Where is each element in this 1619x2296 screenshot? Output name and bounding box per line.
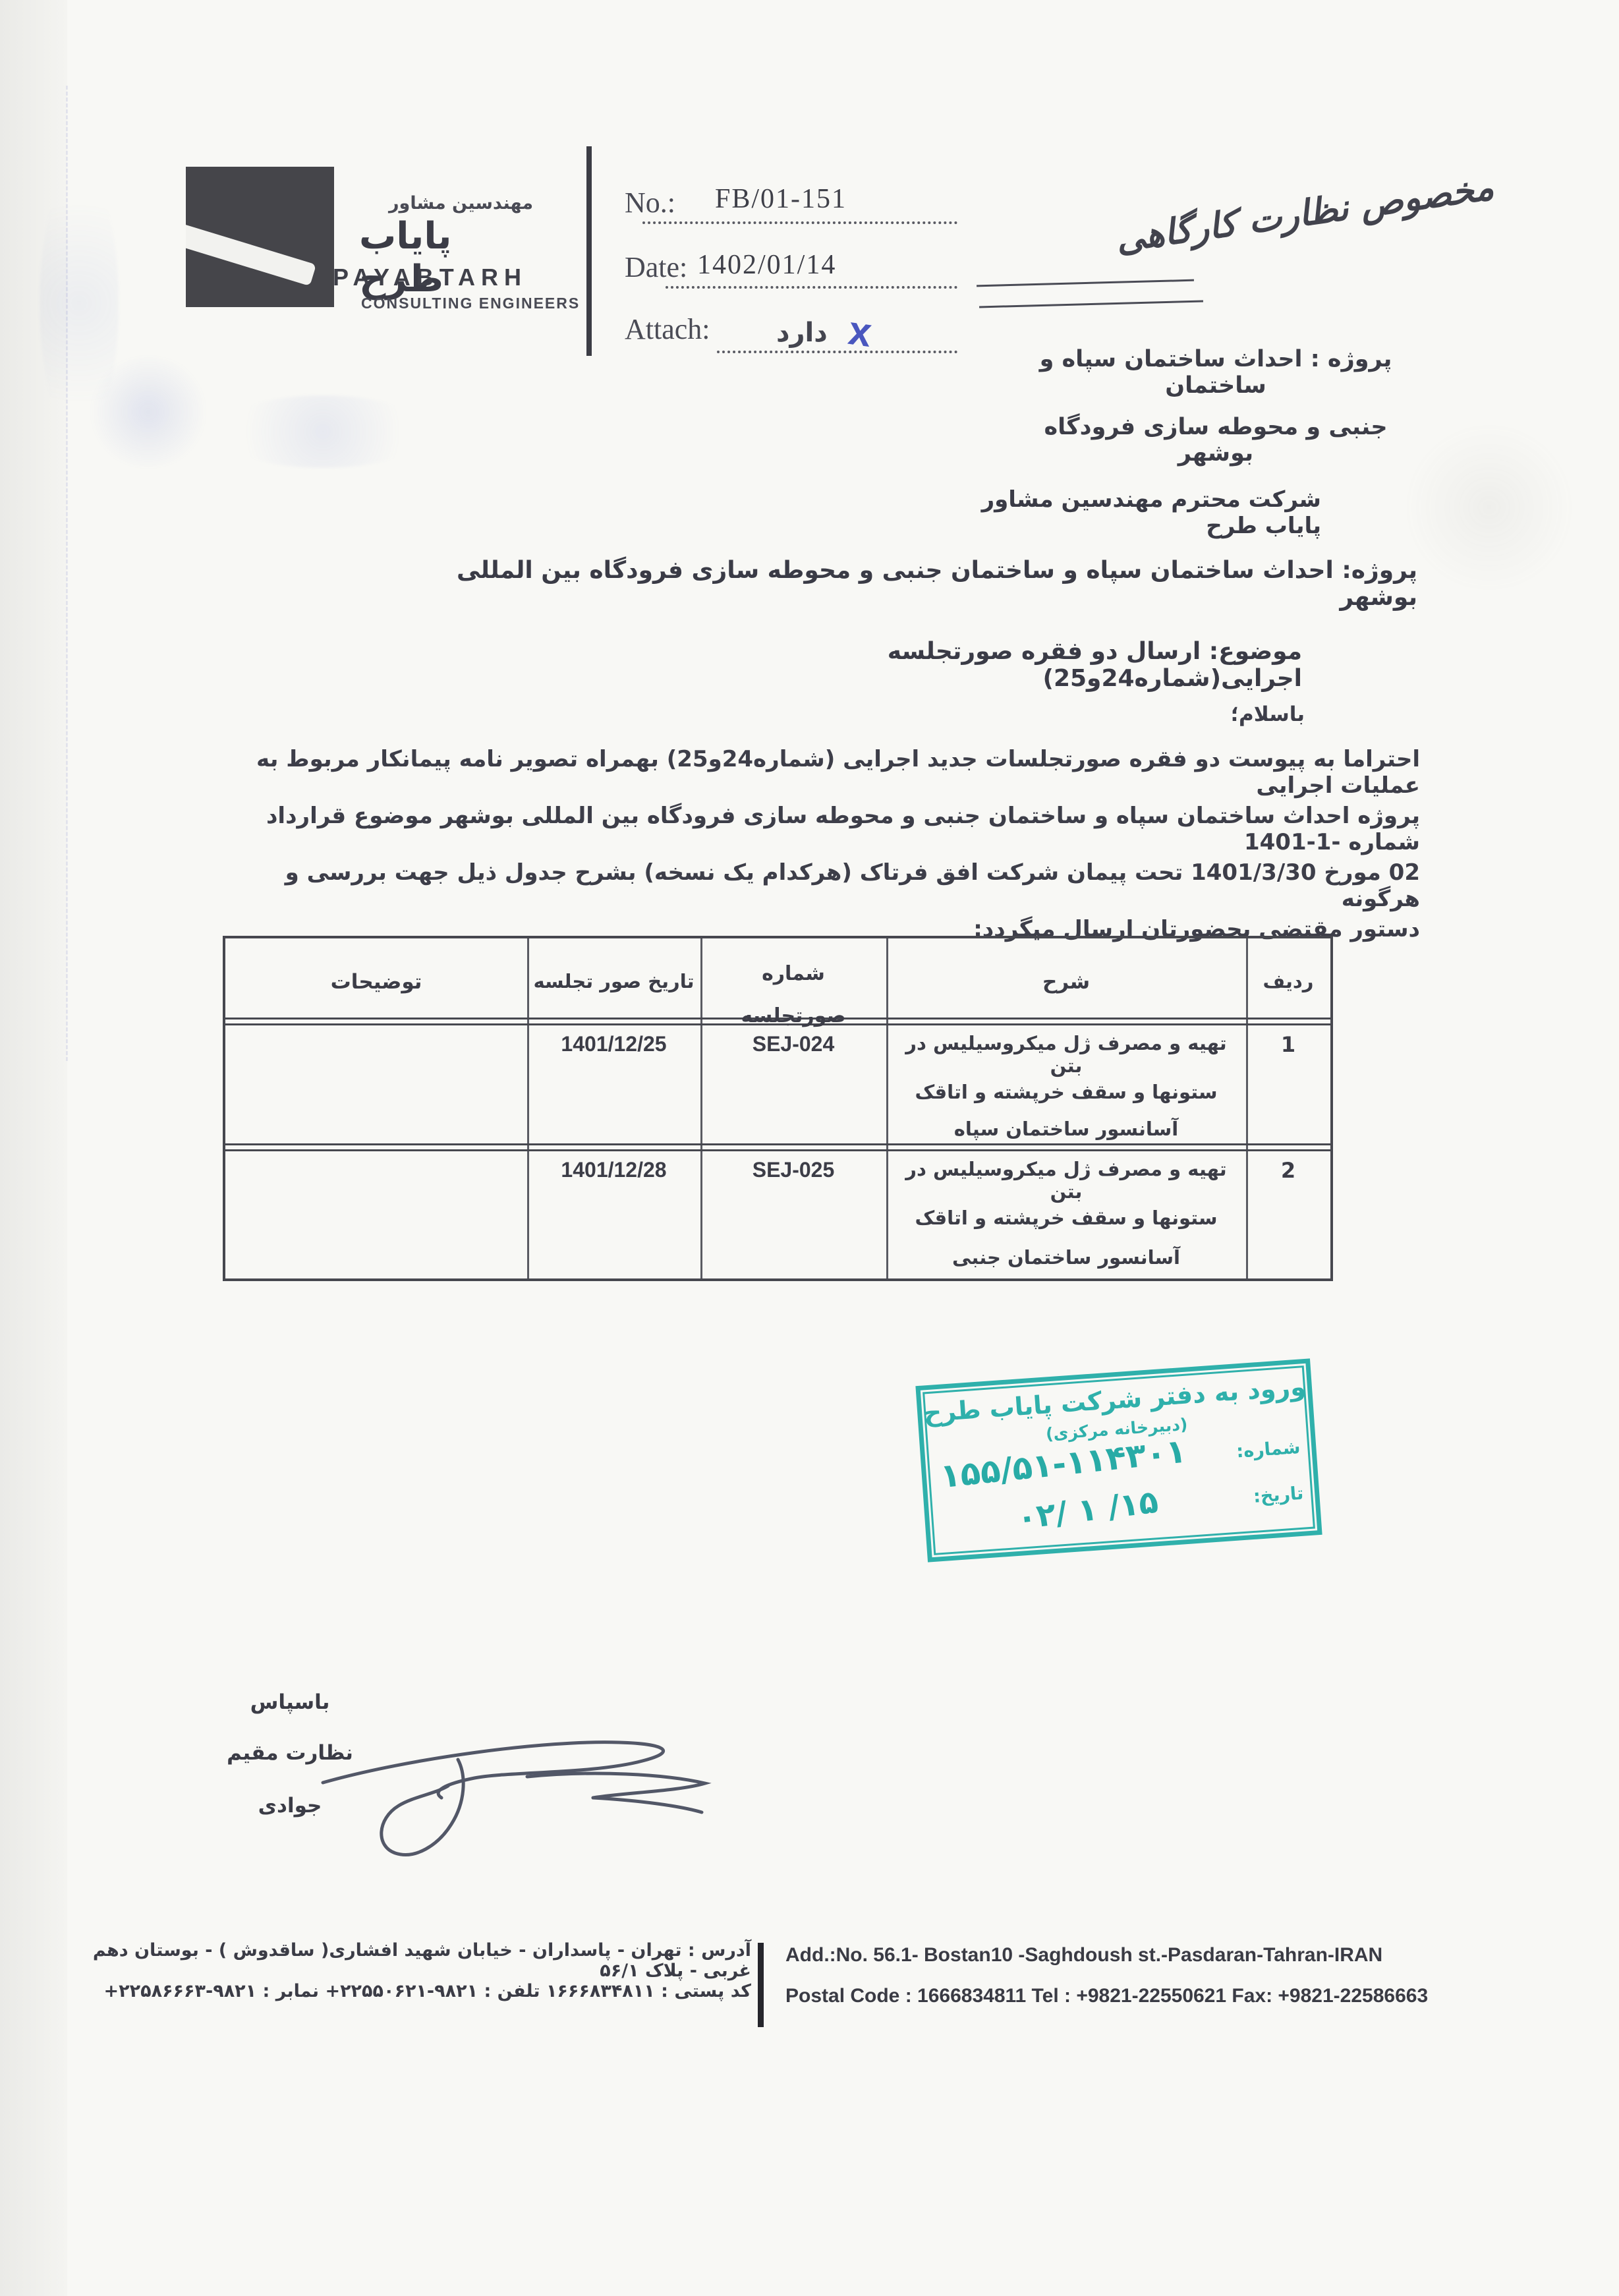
office-entry-stamp: ورود به دفتر شرکت پایاب طرح (دبیرخانه مر… — [915, 1358, 1322, 1562]
meeting-minutes-table: توضیحات تاریخ صور تجلسه شماره صورتجلسه ش… — [223, 936, 1333, 1281]
header-project-line-1: پروژه : احداث ساختمان سپاه و ساختمان — [1018, 346, 1413, 399]
footer-divider — [758, 1943, 764, 2027]
attach-label: Attach: — [625, 312, 710, 346]
table-row-1-index: 1 — [1246, 1032, 1330, 1057]
brand-english: PAYABTARH — [333, 264, 527, 291]
no-dotted-line — [642, 221, 957, 224]
footer-contact-en: Postal Code : 1666834811 Tel : +9821-225… — [785, 1985, 1603, 2007]
table-row-1-desc-1: تهیه و مصرف ژل میکروسیلیس در بتن — [886, 1032, 1246, 1077]
scan-noise — [40, 165, 119, 442]
attach-value: دارد — [776, 318, 828, 348]
body-paragraph-line-3: 02 مورخ 1401/3/30 تحت پیمان شرکت افق فرت… — [204, 859, 1420, 912]
no-label: No.: — [625, 186, 675, 219]
date-dotted-line — [666, 286, 957, 289]
recipient-line: شرکت محترم مهندسین مشاور پایاب طرح — [936, 486, 1321, 539]
table-row-1-desc-2: ستونها و سقف خرپشته و اتاقک — [886, 1081, 1246, 1103]
table-row-2-desc-1: تهیه و مصرف ژل میکروسیلیس در بتن — [886, 1158, 1246, 1203]
brand-english-subtitle: CONSULTING ENGINEERS — [361, 295, 580, 312]
col-header-number-2: صورتجلسه — [700, 1004, 886, 1027]
col-header-date: تاریخ صور تجلسه — [527, 970, 700, 992]
letterhead-divider — [586, 146, 592, 356]
subject-line: موضوع: ارسال دو فقره صورتجلسه اجرایی(شما… — [719, 638, 1302, 692]
table-row-2-desc-2: ستونها و سقف خرپشته و اتاقک — [886, 1207, 1246, 1229]
table-row-2-index: 2 — [1246, 1158, 1330, 1183]
col-header-row: ردیف — [1246, 970, 1330, 992]
body-paragraph-line-1: احتراما به پیوست دو فقره صورتجلسات جدید … — [204, 746, 1420, 799]
note-underline-2 — [979, 301, 1203, 308]
footer-address-en: Add.:No. 56.1- Bostan10 -Saghdoush st.-P… — [785, 1944, 1603, 1966]
table-row-2-number: SEJ-025 — [700, 1158, 886, 1182]
body-paragraph-line-2: پروژه احداث ساختمان سپاه و ساختمان جنبی … — [204, 803, 1420, 855]
brand-persian-small: مهندسین مشاور — [389, 193, 573, 214]
scan-noise — [1404, 422, 1575, 593]
header-project-line-2: جنبی و محوطه سازی فرودگاه بوشهر — [1018, 414, 1413, 467]
footer-contact-fa: کد پستی : ۱۶۶۶۸۳۴۸۱۱ تلفن : ۹۸۲۱-۲۲۵۵۰۶۲… — [92, 1981, 751, 2001]
date-value: 1402/01/14 — [697, 249, 836, 281]
table-row-2-desc-3: آسانسور ساختمان جنبی — [886, 1246, 1246, 1269]
site-supervision-note: مخصوص نظارت کارگاهی — [1073, 161, 1536, 266]
note-underline-1 — [977, 279, 1194, 287]
pen-smudge — [217, 395, 428, 468]
no-value: FB/01-151 — [715, 183, 847, 215]
salutation: باسلام؛ — [1173, 703, 1305, 726]
stamp-date-label: تاریخ: — [1253, 1483, 1304, 1507]
col-header-desc: شرح — [886, 970, 1246, 994]
table-row-rule — [223, 1143, 1333, 1151]
signature — [310, 1713, 718, 1885]
signoff-thanks: باسپاس — [224, 1690, 356, 1714]
table-column-line — [700, 938, 702, 1278]
attach-check-mark: x — [845, 307, 874, 357]
table-row-2-date: 1401/12/28 — [527, 1158, 700, 1182]
table-row-1-number: SEJ-024 — [700, 1032, 886, 1056]
table-row-1-date: 1401/12/25 — [527, 1032, 700, 1056]
col-header-number-1: شماره — [700, 962, 886, 985]
date-label: Date: — [625, 250, 687, 284]
footer-address-fa: آدرس : تهران - پاسداران - خیابان شهید اف… — [92, 1940, 751, 1981]
table-row-1-desc-3: آسانسور ساختمان سپاه — [886, 1118, 1246, 1140]
company-logo-icon — [186, 167, 334, 307]
logo-diagonal-band-icon — [186, 221, 316, 286]
attach-dotted-line — [717, 351, 957, 353]
project-line: پروژه: احداث ساختمان سپاه و ساختمان جنبی… — [450, 557, 1417, 611]
scanned-letter-page: مهندسین مشاور پایاب طرح PAYABTARH CONSUL… — [0, 0, 1619, 2296]
col-header-notes: توضیحات — [225, 970, 527, 994]
